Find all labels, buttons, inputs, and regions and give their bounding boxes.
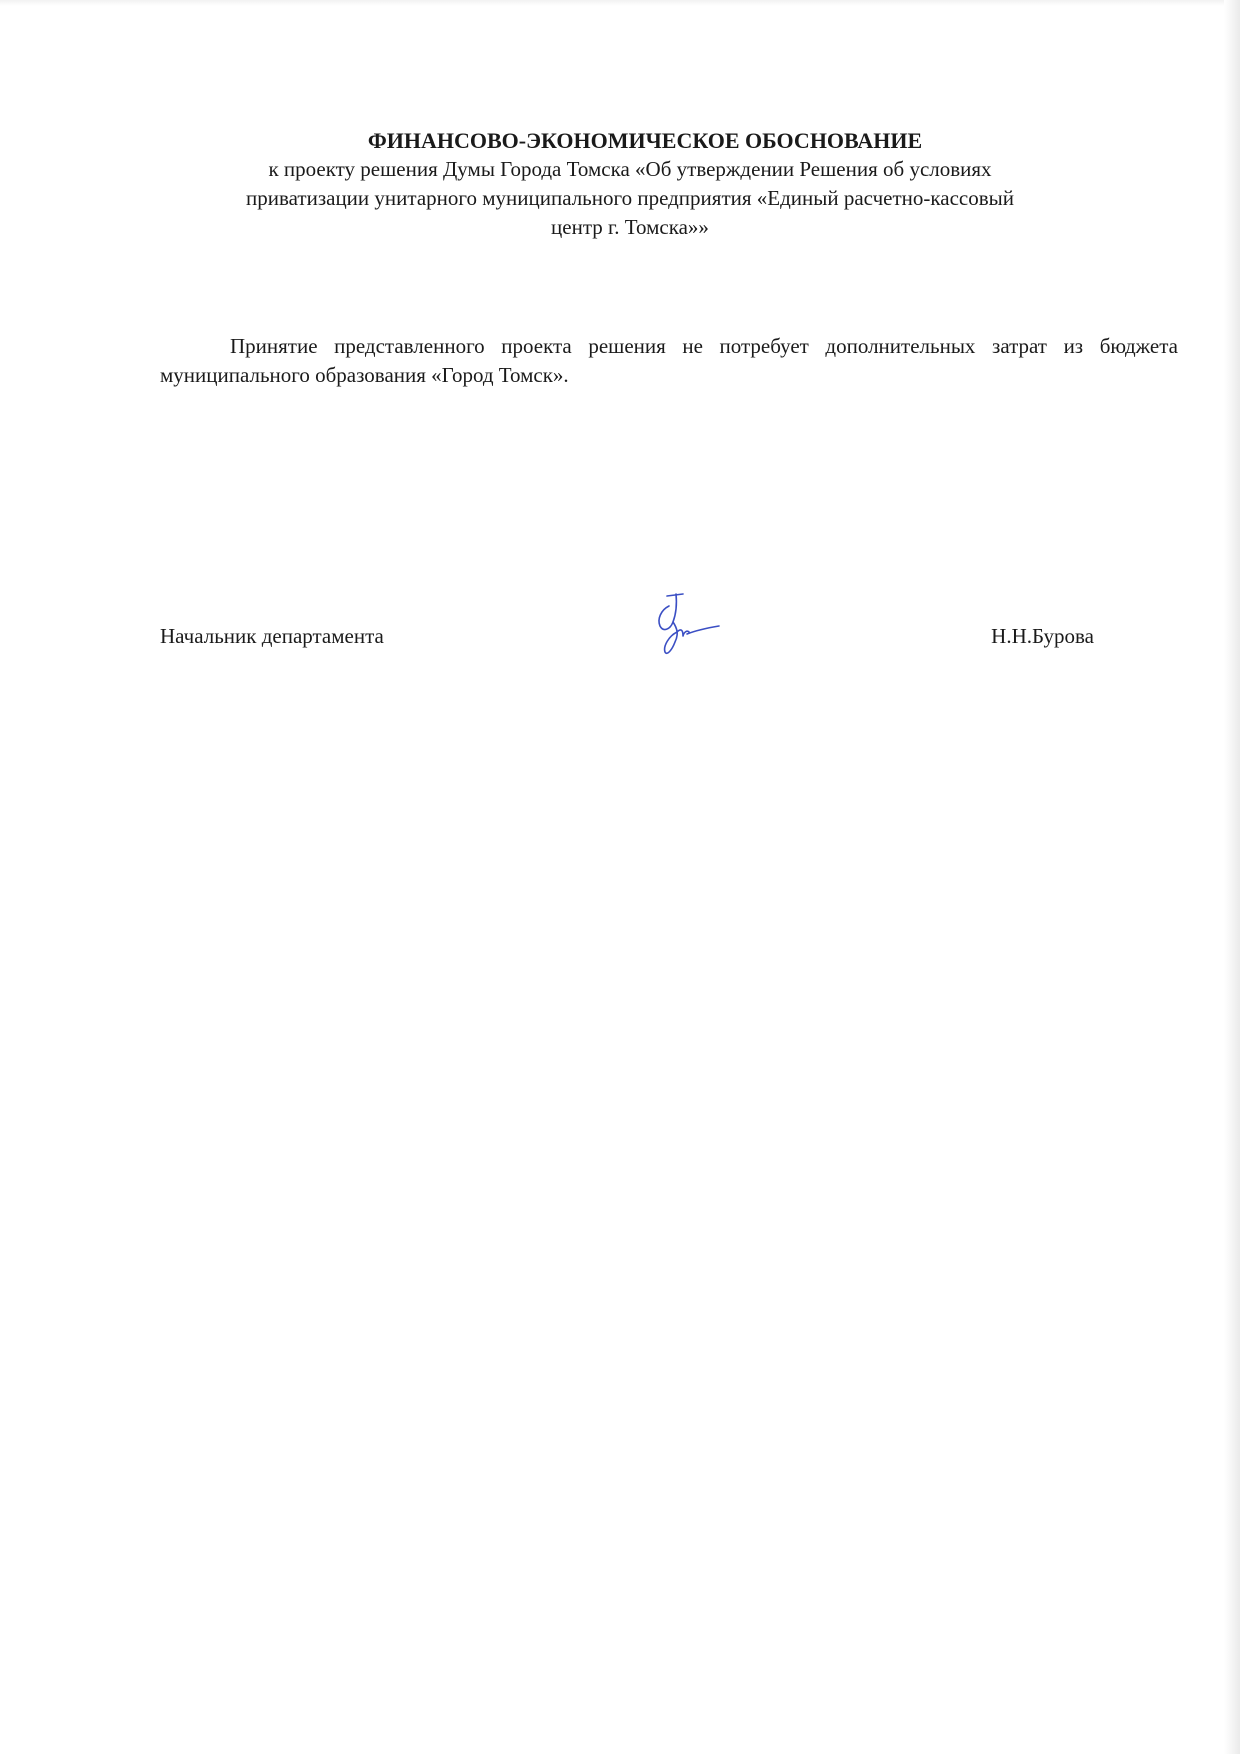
scan-top-shadow	[0, 0, 1240, 6]
body-paragraph: Принятие представленного проекта решения…	[160, 332, 1178, 390]
document-subtitle-line-3: центр г. Томска»»	[160, 213, 1100, 242]
document-subtitle-line-2: приватизации унитарного муниципального п…	[160, 184, 1100, 213]
document-title: ФИНАНСОВО-ЭКОНОМИЧЕСКОЕ ОБОСНОВАНИЕ	[160, 127, 1100, 155]
handwritten-signature-icon	[643, 588, 733, 668]
signature-block: Начальник департамента Н.Н.Бурова	[160, 610, 1094, 670]
document-header: ФИНАНСОВО-ЭКОНОМИЧЕСКОЕ ОБОСНОВАНИЕ к пр…	[160, 127, 1100, 242]
signer-position: Начальник департамента	[160, 624, 384, 649]
document-subtitle-line-1: к проекту решения Думы Города Томска «Об…	[160, 155, 1100, 184]
signer-name: Н.Н.Бурова	[991, 624, 1094, 649]
scan-edge-shadow	[1224, 0, 1240, 1754]
